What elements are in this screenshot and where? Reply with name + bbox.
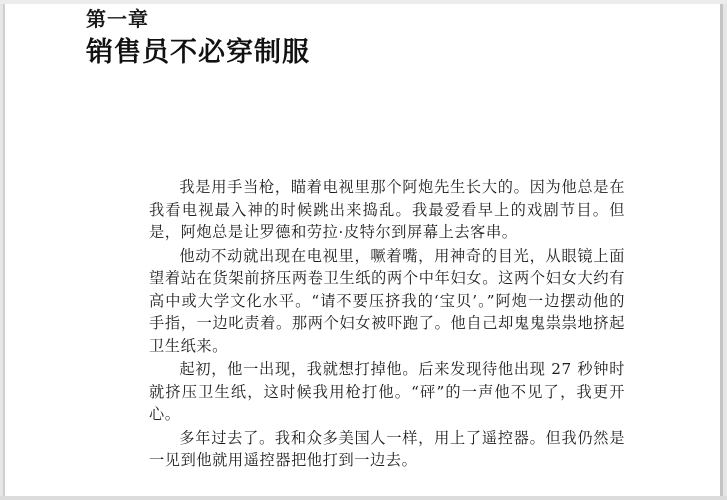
chapter-title: 销售员不必穿制服 (86, 36, 310, 70)
document-page: 第一章 销售员不必穿制服 我是用手当枪，瞄着电视里那个阿炮先生长大的。因为他总是… (3, 4, 723, 496)
chapter-body: 我是用手当枪，瞄着电视里那个阿炮先生长大的。因为他总是在我看电视最入神的时候跳出… (149, 176, 625, 473)
paragraph: 多年过去了。我和众多美国人一样，用上了遥控器。但我仍然是一见到他就用遥控器把他打… (149, 427, 625, 472)
paragraph: 他动不动就出现在电视里，噘着嘴，用神奇的目光，从眼镜上面望着站在货架前挤压两卷卫… (149, 245, 625, 358)
chapter-number: 第一章 (86, 7, 149, 31)
paragraph: 起初，他一出现，我就想打掉他。后来发现待他出现 27 秒钟时就挤压卫生纸，这时候… (149, 358, 625, 426)
viewer-bottom-edge (0, 496, 727, 500)
paragraph: 我是用手当枪，瞄着电视里那个阿炮先生长大的。因为他总是在我看电视最入神的时候跳出… (149, 176, 625, 244)
